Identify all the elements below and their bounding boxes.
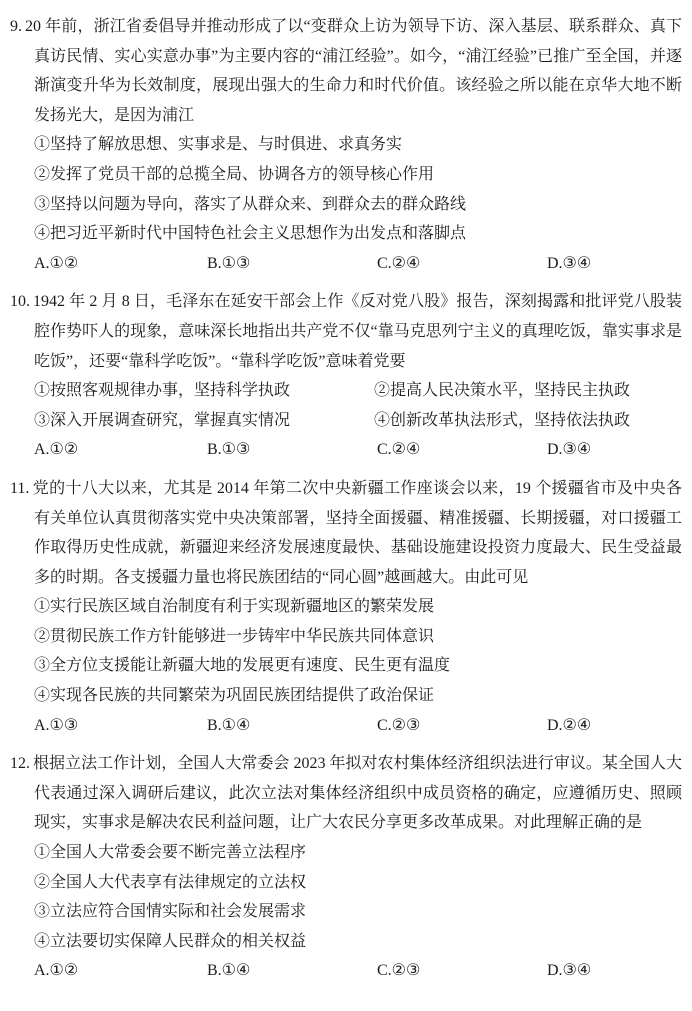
question-stem-text: 党的十八大以来，尤其是 2014 年第二次中央新疆工作座谈会以来，19 个援疆省… xyxy=(32,480,682,586)
choice-b: B.①④ xyxy=(207,711,377,741)
choice-a: A.①② xyxy=(34,435,207,465)
question-stem-text: 根据立法工作计划，全国人大常委会 2023 年拟对农村集体经济组织法进行审议。某… xyxy=(33,755,682,831)
option-item-1: ①坚持了解放思想、实事求是、与时俱进、求真务实 xyxy=(34,130,682,160)
question-block-12: 12.根据立法工作计划，全国人大常委会 2023 年拟对农村集体经济组织法进行审… xyxy=(10,749,682,986)
choice-d: D.③④ xyxy=(547,249,682,279)
question-block-10: 10.1942 年 2 月 8 日，毛泽东在延安干部会上作《反对党八股》报告，深… xyxy=(10,287,682,465)
option-item-3: ③全方位支援能让新疆大地的发展更有速度、民生更有温度 xyxy=(34,651,682,681)
choice-d: D.③④ xyxy=(547,435,682,465)
choices-row: A.①② B.①③ C.②④ D.③④ xyxy=(34,435,682,465)
question-number: 10. xyxy=(10,293,30,310)
choice-b: B.①③ xyxy=(207,249,377,279)
options-list: ①全国人大常委会要不断完善立法程序 ②全国人大代表享有法律规定的立法权 ③立法应… xyxy=(34,838,682,956)
question-number: 11. xyxy=(10,480,29,497)
choice-c: C.②④ xyxy=(377,435,547,465)
option-item-3: ③立法应符合国情实际和社会发展需求 xyxy=(34,897,682,927)
option-item-2: ②贯彻民族工作方针能够进一步铸牢中华民族共同体意识 xyxy=(34,622,682,652)
exam-page: 9.20 年前，浙江省委倡导并推动形成了以“变群众上访为领导下访、深入基层、联系… xyxy=(0,0,692,1011)
choice-d: D.②④ xyxy=(547,711,682,741)
options-list: ①坚持了解放思想、实事求是、与时俱进、求真务实 ②发挥了党员干部的总揽全局、协调… xyxy=(34,130,682,248)
options-list: ①按照客观规律办事，坚持科学执政 ②提高人民决策水平，坚持民主执政 ③深入开展调… xyxy=(34,376,682,435)
option-item-2: ②全国人大代表享有法律规定的立法权 xyxy=(34,868,682,898)
option-item-4: ④创新改革执法形式，坚持依法执政 xyxy=(374,406,682,436)
option-item-1: ①实行民族区域自治制度有利于实现新疆地区的繁荣发展 xyxy=(34,592,682,622)
option-item-4: ④把习近平新时代中国特色社会主义思想作为出发点和落脚点 xyxy=(34,219,682,249)
question-stem-text: 1942 年 2 月 8 日，毛泽东在延安干部会上作《反对党八股》报告，深刻揭露… xyxy=(33,293,682,369)
choice-d: D.③④ xyxy=(547,956,682,986)
question-stem: 12.根据立法工作计划，全国人大常委会 2023 年拟对农村集体经济组织法进行审… xyxy=(34,749,682,838)
choice-a: A.①② xyxy=(34,956,207,986)
choices-row: A.①③ B.①④ C.②③ D.②④ xyxy=(34,711,682,741)
choice-a: A.①② xyxy=(34,249,207,279)
option-item-4: ④实现各民族的共同繁荣为巩固民族团结提供了政治保证 xyxy=(34,681,682,711)
choice-c: C.②③ xyxy=(377,711,547,741)
question-number: 9. xyxy=(10,18,22,35)
option-item-1: ①全国人大常委会要不断完善立法程序 xyxy=(34,838,682,868)
question-block-9: 9.20 年前，浙江省委倡导并推动形成了以“变群众上访为领导下访、深入基层、联系… xyxy=(10,12,682,278)
question-number: 12. xyxy=(10,755,30,772)
choice-b: B.①④ xyxy=(207,956,377,986)
question-stem-text: 20 年前，浙江省委倡导并推动形成了以“变群众上访为领导下访、深入基层、联系群众… xyxy=(25,18,682,124)
choice-c: C.②④ xyxy=(377,249,547,279)
options-list: ①实行民族区域自治制度有利于实现新疆地区的繁荣发展 ②贯彻民族工作方针能够进一步… xyxy=(34,592,682,710)
choice-b: B.①③ xyxy=(207,435,377,465)
question-stem: 10.1942 年 2 月 8 日，毛泽东在延安干部会上作《反对党八股》报告，深… xyxy=(34,287,682,376)
question-block-11: 11.党的十八大以来，尤其是 2014 年第二次中央新疆工作座谈会以来，19 个… xyxy=(10,474,682,740)
question-stem: 11.党的十八大以来，尤其是 2014 年第二次中央新疆工作座谈会以来，19 个… xyxy=(34,474,682,592)
option-item-3: ③深入开展调查研究，掌握真实情况 xyxy=(34,406,374,436)
option-item-4: ④立法要切实保障人民群众的相关权益 xyxy=(34,927,682,957)
choice-c: C.②③ xyxy=(377,956,547,986)
option-item-2: ②发挥了党员干部的总揽全局、协调各方的领导核心作用 xyxy=(34,160,682,190)
choices-row: A.①② B.①③ C.②④ D.③④ xyxy=(34,249,682,279)
question-stem: 9.20 年前，浙江省委倡导并推动形成了以“变群众上访为领导下访、深入基层、联系… xyxy=(34,12,682,130)
option-item-1: ①按照客观规律办事，坚持科学执政 xyxy=(34,376,374,406)
choices-row: A.①② B.①④ C.②③ D.③④ xyxy=(34,956,682,986)
choice-a: A.①③ xyxy=(34,711,207,741)
option-item-2: ②提高人民决策水平，坚持民主执政 xyxy=(374,376,682,406)
option-item-3: ③坚持以问题为导向，落实了从群众来、到群众去的群众路线 xyxy=(34,190,682,220)
